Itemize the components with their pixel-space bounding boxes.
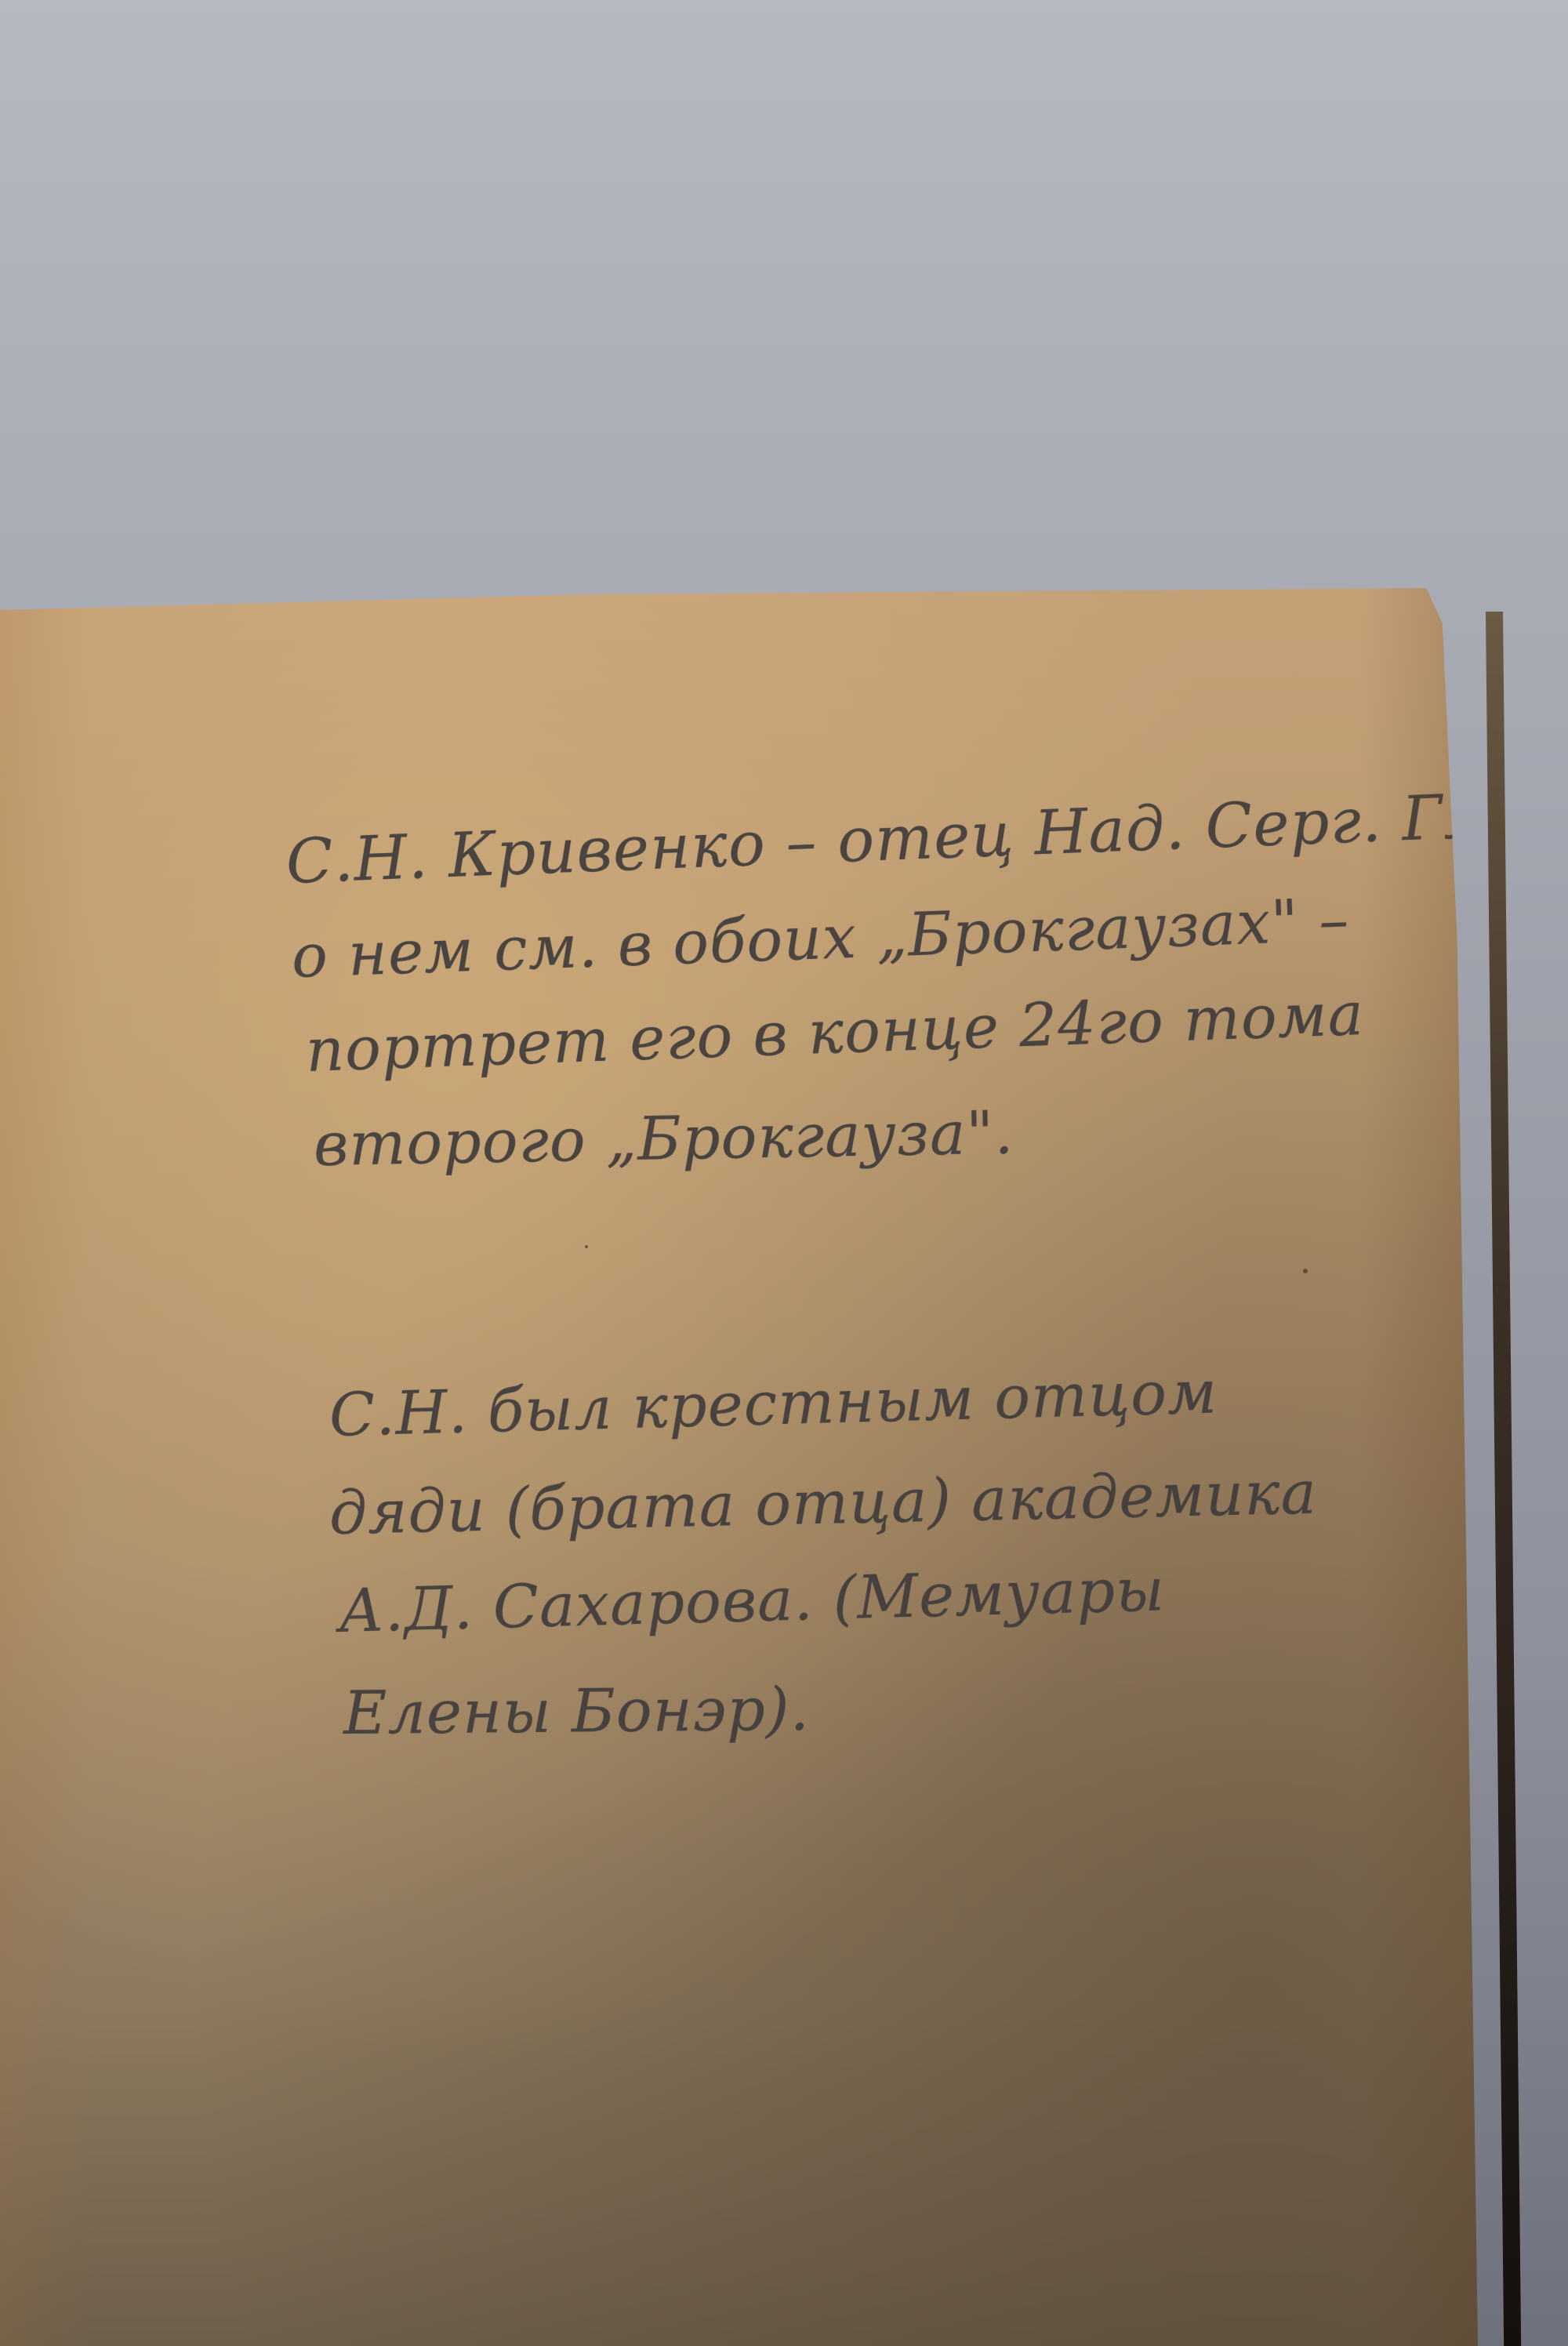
note-line: С.Н. Кривенко – отец Над. Серг. Глинки [285, 775, 1568, 898]
note-line: дяди (брата отца) академика [328, 1458, 1318, 1548]
note-line: о нем см. в обоих „Брокгаузах" – [290, 884, 1350, 991]
paper-speck [1303, 1269, 1308, 1273]
note-line: Елены Бонэр). [343, 1674, 810, 1748]
paper-speck [585, 1245, 588, 1248]
photo-scene: С.Н. Кривенко – отец Над. Серг. Глинки о… [0, 0, 1568, 2346]
handwritten-note: С.Н. Кривенко – отец Над. Серг. Глинки о… [0, 588, 1478, 2346]
note-line: А.Д. Сахарова. (Мемуары [338, 1554, 1166, 1646]
book-cover-edge [1486, 612, 1521, 2346]
note-line: С.Н. был крестным отцом [328, 1356, 1218, 1450]
note-line: второго „Брокгауза". [313, 1097, 1014, 1179]
book-endpaper: С.Н. Кривенко – отец Над. Серг. Глинки о… [0, 588, 1478, 2346]
note-line: портрет его в конце 24го тома [304, 979, 1365, 1085]
